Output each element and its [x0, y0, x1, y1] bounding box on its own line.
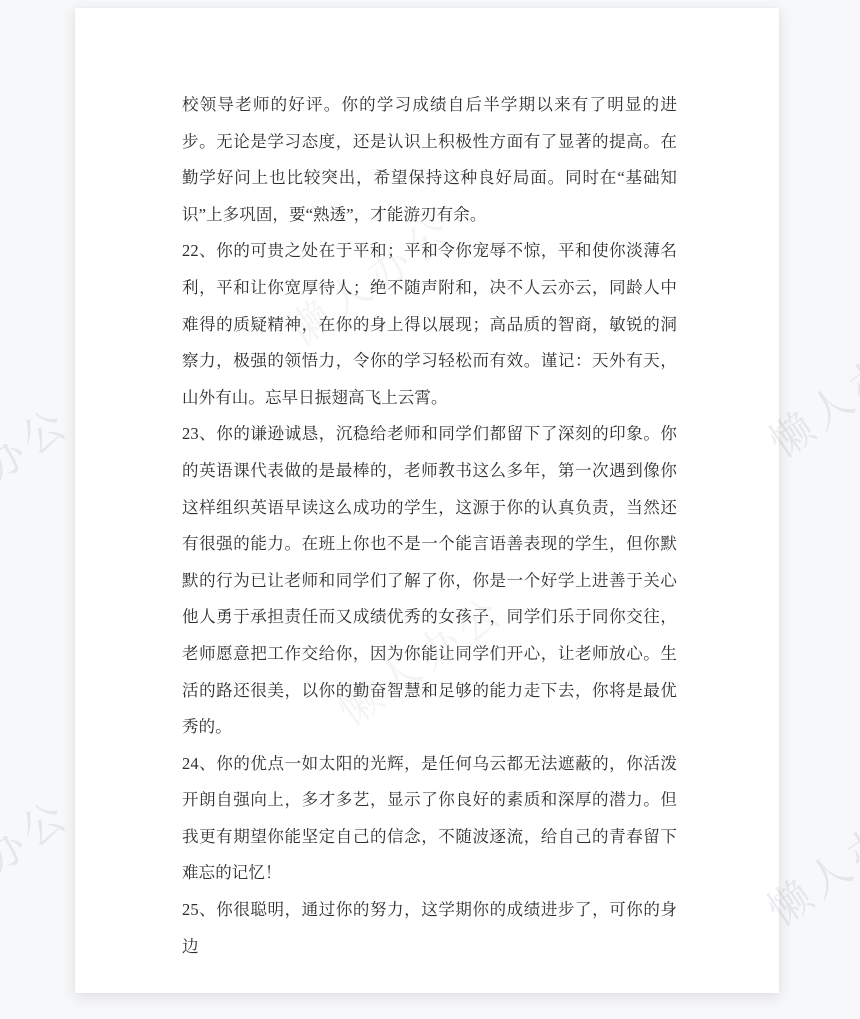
desktop-background: 校领导老师的好评。你的学习成绩自后半学期以来有了明显的进步。无论是学习态度，还是…	[0, 0, 860, 1019]
paragraph-22: 22、你的可贵之处在于平和；平和令你宠辱不惊，平和使你淡薄名利，平和让你宽厚待人…	[182, 233, 677, 416]
watermark: 懒人办公	[0, 782, 81, 941]
paragraph-25: 25、你很聪明，通过你的努力，这学期你的成绩进步了，可你的身边	[182, 892, 677, 965]
paragraph-24: 24、你的优点一如太阳的光辉，是任何乌云都无法遮蔽的，你活泼开朗自强向上，多才多…	[182, 746, 677, 892]
document-page: 校领导老师的好评。你的学习成绩自后半学期以来有了明显的进步。无论是学习态度，还是…	[75, 8, 779, 993]
document-content: 校领导老师的好评。你的学习成绩自后半学期以来有了明显的进步。无论是学习态度，还是…	[182, 87, 677, 965]
watermark: 懒人办公	[0, 390, 81, 549]
paragraph-continuation: 校领导老师的好评。你的学习成绩自后半学期以来有了明显的进步。无论是学习态度，还是…	[182, 87, 677, 233]
paragraph-23: 23、你的谦逊诚恳，沉稳给老师和同学们都留下了深刻的印象。你的英语课代表做的是最…	[182, 416, 677, 745]
